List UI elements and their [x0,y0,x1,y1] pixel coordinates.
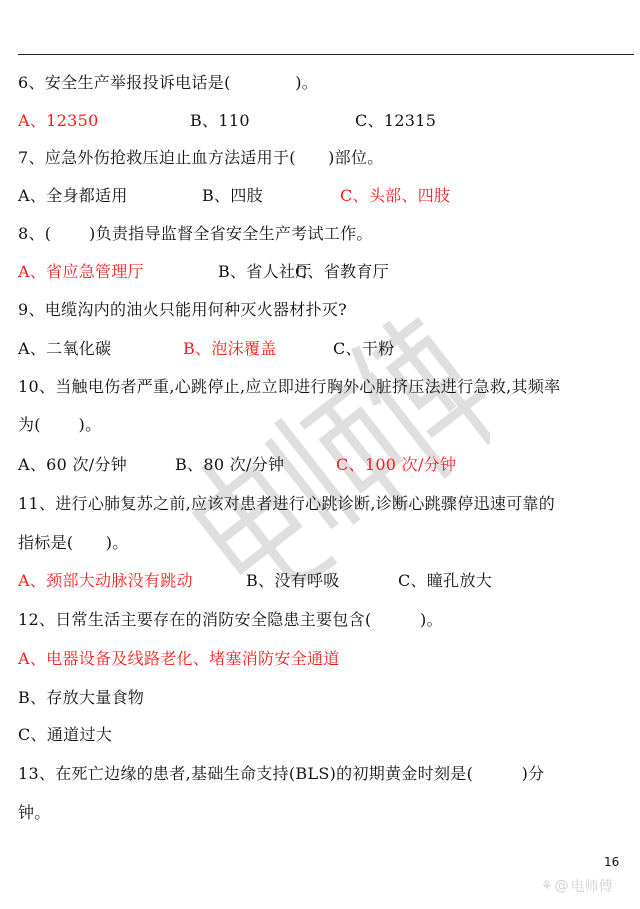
option-c-q7: C、头部、四肢 [340,186,450,206]
option-b-q11: B、没有呼吸 [246,571,340,591]
option-b-q9: B、泡沫覆盖 [183,339,277,359]
option-b-q7: B、四肢 [202,186,263,206]
option-b-q6: B、110 [190,111,250,131]
header-rule [18,54,634,55]
options-q8: A、省应急管理厅 B、省人社厅 C、省教育厅 [18,262,618,282]
options-q10: A、60 次/分钟 B、80 次/分钟 C、100 次/分钟 [18,455,618,475]
option-a-q11: A、颈部大动脉没有跳动 [18,571,193,591]
brand-name: 电师傅 [571,876,613,896]
option-c-q12: C、通道过大 [18,725,112,745]
question-13-line2: 钟。 [18,803,51,823]
question-13-line1: 13、在死亡边缘的患者,基础生命支持(BLS)的初期黄金时刻是( )分 [18,764,544,784]
question-9: 9、电缆沟内的油火只能用何种灭火器材扑灭? [18,300,347,320]
question-12: 12、日常生活主要存在的消防安全隐患主要包含( )。 [18,610,443,630]
question-10-line2: 为( )。 [18,415,101,435]
options-q7: A、全身都适用 B、四肢 C、头部、四肢 [18,186,618,206]
option-a-q7: A、全身都适用 [18,186,128,206]
paw-icon: ⚘ [541,879,553,894]
question-11-line1: 11、进行心肺复苏之前,应该对患者进行心跳诊断,诊断心跳骤停迅速可靠的 [18,494,555,514]
option-a-q12: A、电器设备及线路老化、堵塞消防安全通道 [18,649,340,669]
option-b-q12: B、存放大量食物 [18,688,144,708]
option-c-q11: C、瞳孔放大 [398,571,492,591]
question-11-line2: 指标是( )。 [18,533,129,553]
question-6: 6、安全生产举报投诉电话是( )。 [18,73,318,93]
options-q11: A、颈部大动脉没有跳动 B、没有呼吸 C、瞳孔放大 [18,571,618,591]
question-8: 8、( )负责指导监督全省安全生产考试工作。 [18,224,373,244]
option-c-q9: C、干粉 [333,339,394,359]
brand-watermark: ⚘ @ 电师傅 [541,876,613,896]
option-a-q10: A、60 次/分钟 [18,455,127,475]
option-c-q6: C、12315 [355,111,436,131]
question-10-line1: 10、当触电伤者严重,心跳停止,应立即进行胸外心脏挤压法进行急救,其频率 [18,377,560,397]
page-number: 16 [604,855,619,869]
option-c-q8: C、省教育厅 [295,262,389,282]
at-symbol: @ [555,878,569,894]
option-a-q9: A、二氧化碳 [18,339,111,359]
options-q9: A、二氧化碳 B、泡沫覆盖 C、干粉 [18,339,618,359]
question-7: 7、应急外伤抢救压迫止血方法适用于( )部位。 [18,148,384,168]
option-a-q6: A、12350 [18,111,99,131]
options-q6: A、12350 B、110 C、12315 [18,111,618,131]
option-b-q10: B、80 次/分钟 [175,455,284,475]
option-a-q8: A、省应急管理厅 [18,262,144,282]
option-c-q10: C、100 次/分钟 [336,455,456,475]
